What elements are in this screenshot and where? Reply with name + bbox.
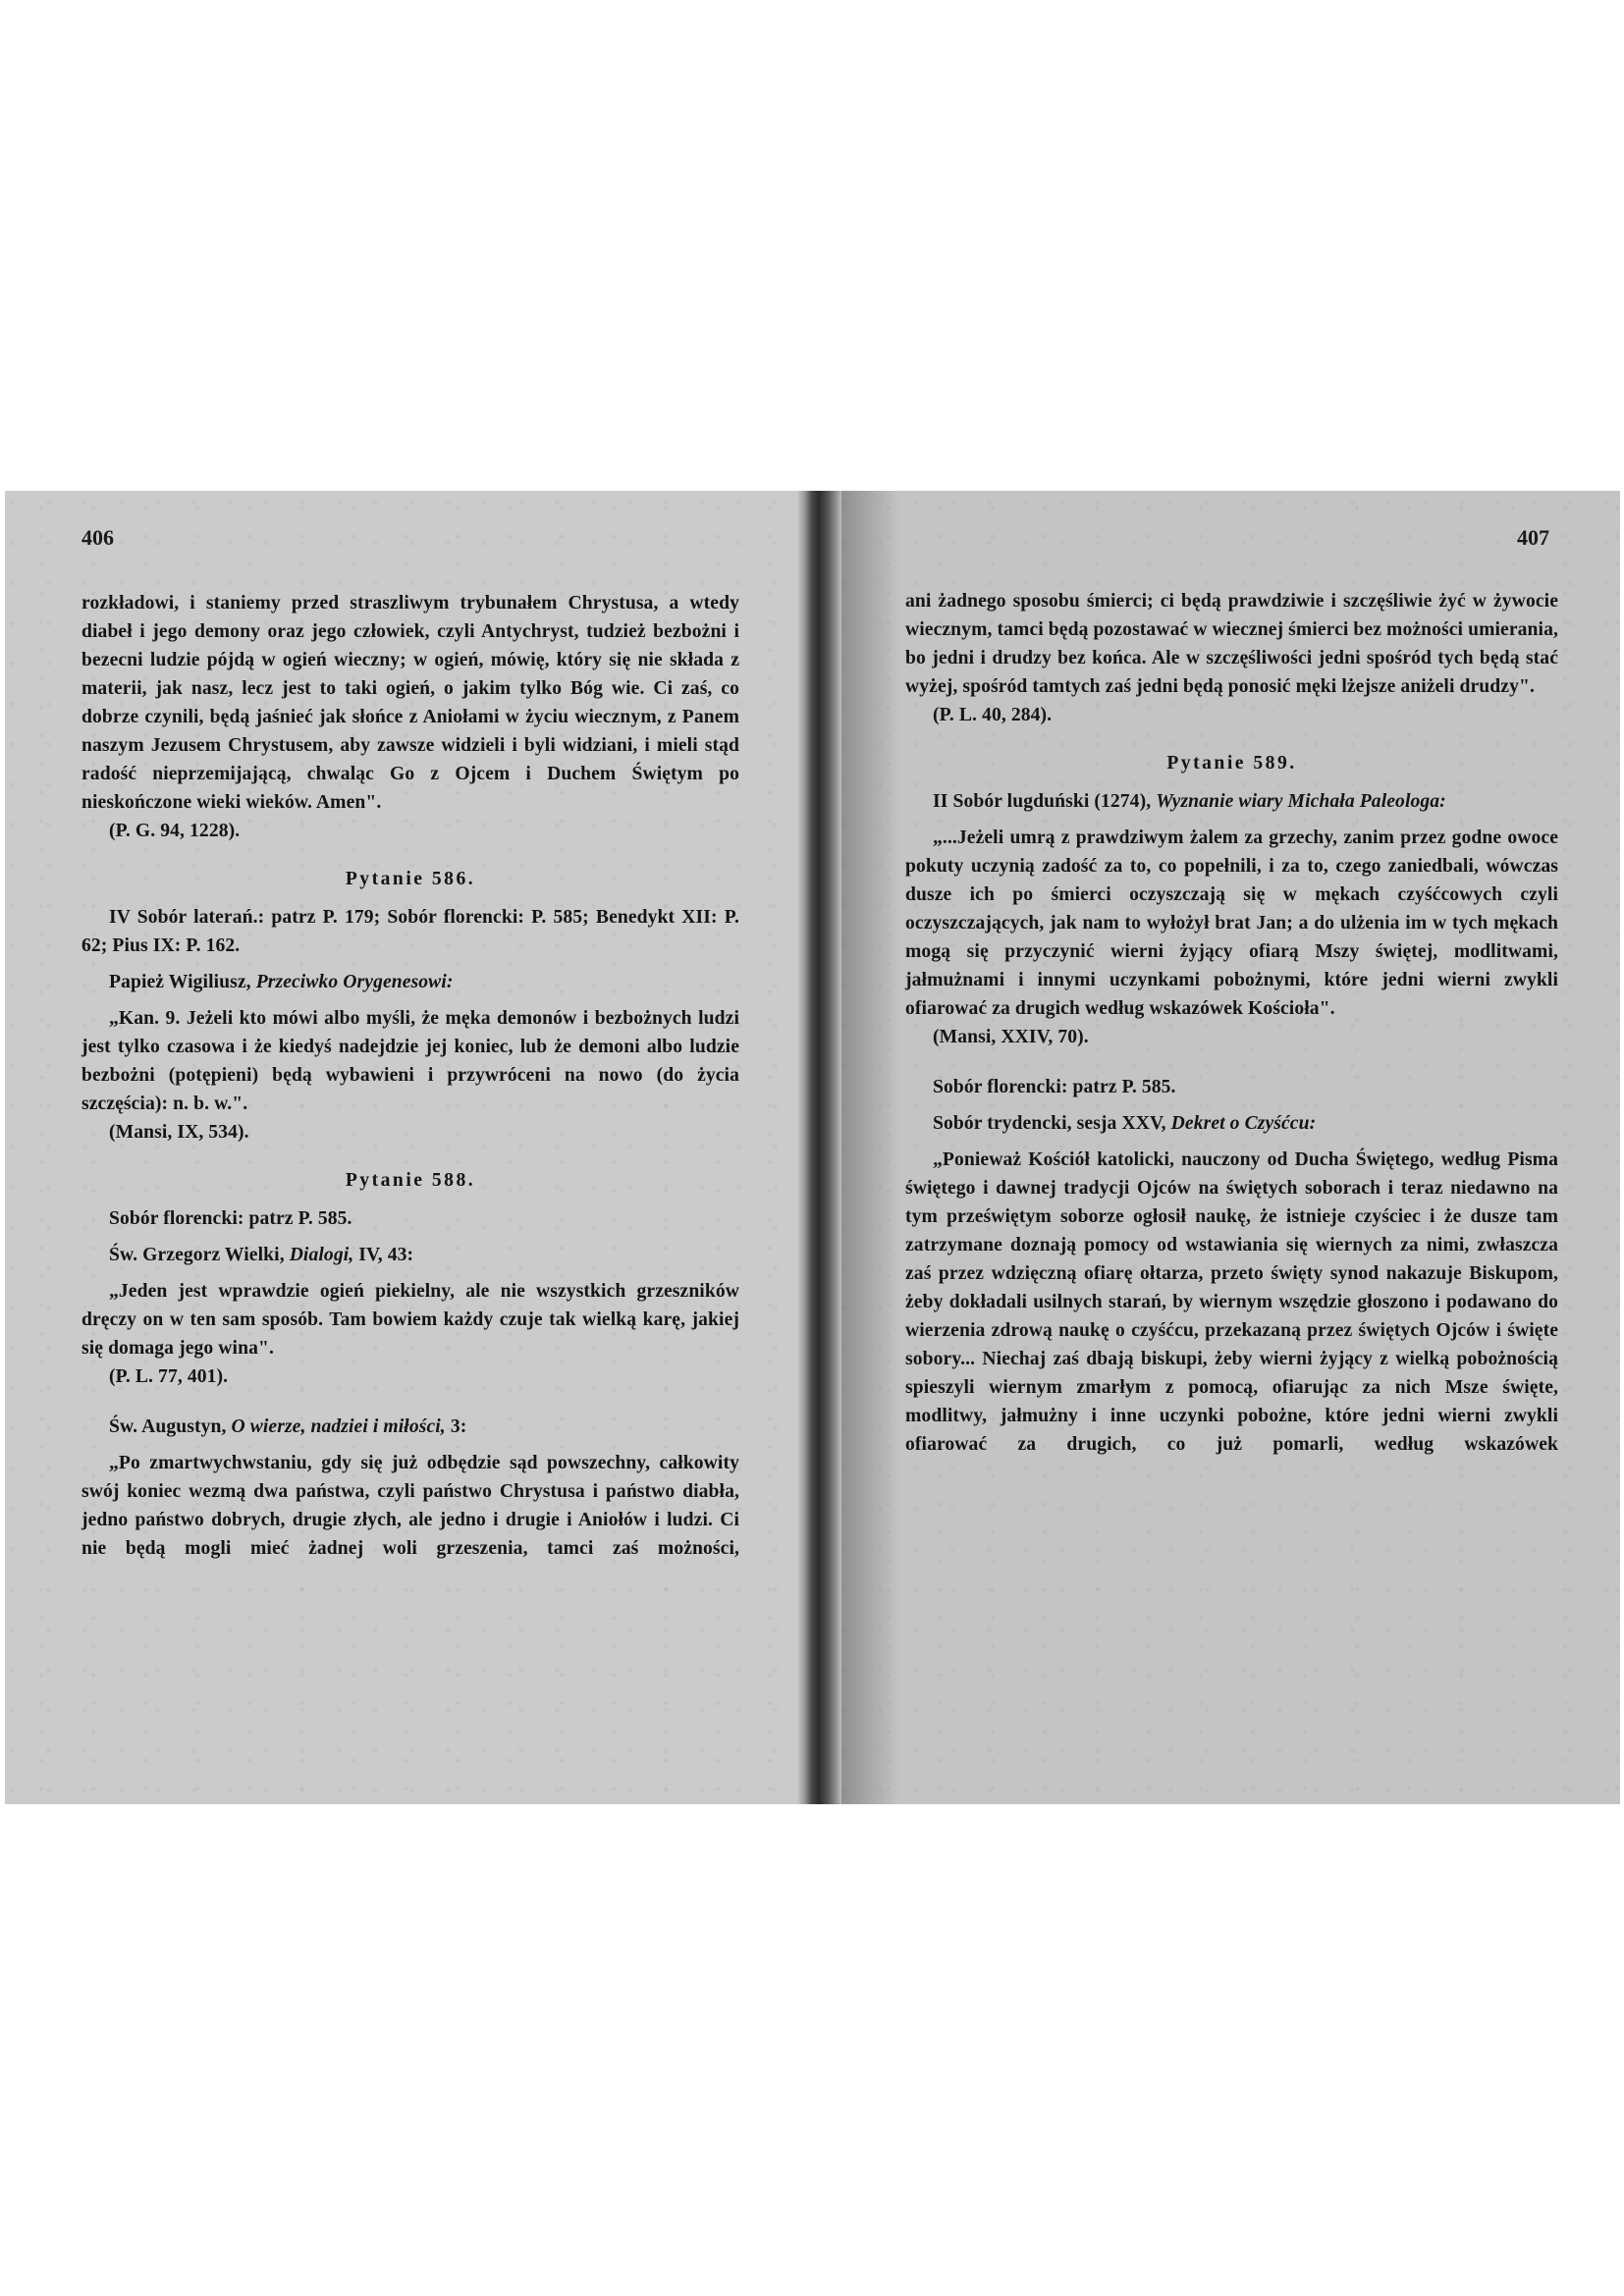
gutter-shadow [841,491,900,1804]
source-line: Św. Augustyn, O wierze, nadziei i miłośc… [81,1413,739,1441]
left-page-text: rozkładowi, i staniemy przed straszliwym… [81,589,739,1563]
right-page-text: ani żadnego sposobu śmierci; ci będą pra… [905,587,1558,1459]
source-title: Dialogi, [290,1245,354,1265]
source-author: Św. Grzegorz Wielki, [109,1245,285,1265]
source-title: Wyznanie wiary Michała Paleologa: [1156,791,1446,812]
quote-paragraph: „Kan. 9. Jeżeli kto mówi albo myśli, że … [81,1004,739,1118]
citation: (Mansi, IX, 534). [81,1118,739,1147]
quote-paragraph: „...Jeżeli umrą z prawdziwym żalem za gr… [905,824,1558,1023]
quote-paragraph: „Jeden jest wprawdzie ogień piekielny, a… [81,1277,739,1362]
source-line: II Sobór lugduński (1274), Wyznanie wiar… [905,787,1558,816]
source-author: Sobór trydencki, sesja XXV, [933,1113,1166,1134]
references: Sobór florencki: patrz P. 585. [81,1204,739,1233]
source-title: O wierze, nadziei i miłości, [231,1416,445,1437]
source-line: Papież Wigiliusz, Przeciwko Orygenesowi: [81,968,739,996]
book-gutter [796,491,841,1804]
section-heading-588: Pytanie 588. [81,1166,739,1195]
book-scan: 406 rozkładowi, i staniemy przed straszl… [5,491,1620,1804]
references: Sobór florencki: patrz P. 585. [905,1073,1558,1101]
source-location: 3: [451,1416,467,1437]
citation: (P. G. 94, 1228). [81,817,739,845]
source-location: IV, 43: [358,1245,413,1265]
continuation-paragraph: rozkładowi, i staniemy przed straszliwym… [81,589,739,817]
citation: (Mansi, XXIV, 70). [905,1023,1558,1051]
citation: (P. L. 77, 401). [81,1362,739,1391]
left-page: 406 rozkładowi, i staniemy przed straszl… [5,491,800,1804]
source-title: Dekret o Czyśćcu: [1171,1113,1317,1134]
source-line: Św. Grzegorz Wielki, Dialogi, IV, 43: [81,1241,739,1269]
source-author: Św. Augustyn, [109,1416,226,1437]
source-author: II Sobór lugduński (1274), [933,791,1151,812]
quote-paragraph: „Po zmartwychwstaniu, gdy się już odbędz… [81,1449,739,1563]
section-heading-589: Pytanie 589. [905,749,1558,777]
source-author: Papież Wigiliusz, [109,972,251,992]
source-title: Przeciwko Orygenesowi: [256,972,454,992]
citation: (P. L. 40, 284). [905,701,1558,729]
page-number-left: 406 [81,525,114,551]
continuation-paragraph: ani żadnego sposobu śmierci; ci będą pra… [905,587,1558,701]
section-heading-586: Pytanie 586. [81,865,739,893]
references: IV Sobór laterań.: patrz P. 179; Sobór f… [81,903,739,960]
quote-paragraph: „Ponieważ Kościół katolicki, nauczony od… [905,1146,1558,1459]
right-page: 407 ani żadnego sposobu śmierci; ci będą… [800,491,1620,1804]
page-number-right: 407 [1517,525,1549,551]
source-line: Sobór trydencki, sesja XXV, Dekret o Czy… [905,1109,1558,1138]
